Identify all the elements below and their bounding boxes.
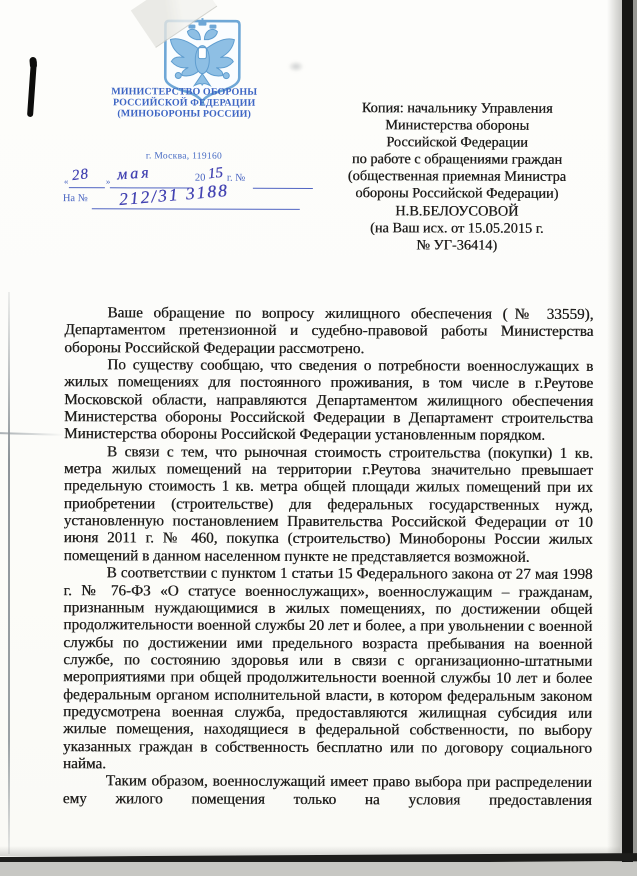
scan-smudge [288,61,304,72]
handwritten-month: мая [116,164,152,184]
recipient-line: (на Ваш исх. от 15.05.2015 г. [321,220,593,238]
body-paragraph-1: Ваше обращение по вопросу жилищного обес… [64,304,593,358]
scan-border-bottom [0,862,637,876]
outgoing-number-blank [253,172,313,189]
scanned-letter-page: МИНИСТЕРСТВО ОБОРОНЫ РОССИЙСКОЙ ФЕДЕРАЦИ… [0,0,637,876]
scan-shadow-right [607,0,623,876]
ministry-line-3: (МИНОБОРОНЫ РОССИИ) [89,109,279,120]
printed-year-suffix: г. № [227,173,245,184]
scan-edge-right [622,0,633,876]
scan-border-right [633,0,637,876]
body-paragraph-5: Таким образом, военнослужащий имеет прав… [63,772,592,809]
recipient-block: Копия: начальнику Управления Министерств… [321,100,594,255]
recipient-line: № УГ-36414) [321,237,593,255]
recipient-line: по работе с обращениями граждан [321,151,593,169]
recipient-name: Н.В.БЕЛОУСОВОЙ [321,203,593,221]
recipient-line: Министерства обороны [321,117,593,135]
scan-edge-left [8,292,10,854]
handwritten-day: 28 [71,166,90,185]
letter-content: МИНИСТЕРСТВО ОБОРОНЫ РОССИЙСКОЙ ФЕДЕРАЦИ… [0,0,637,876]
body-paragraph-2: По существу сообщаю, что сведения о потр… [64,356,593,445]
date-quote-open: « [64,176,69,186]
body-paragraph-4: В соответствии с пунктом 1 статьи 15 Фед… [63,564,593,774]
recipient-line: обороны Российской Федерации) [321,185,593,203]
recipient-line: Копия: начальнику Управления [321,100,593,118]
letterhead-ministry-name: МИНИСТЕРСТВО ОБОРОНЫ РОССИЙСКОЙ ФЕДЕРАЦИ… [89,87,279,120]
letterhead-address: г. Москва, 119160 [89,151,279,162]
incoming-number-label: На № [63,193,88,204]
letter-body: Ваше обращение по вопросу жилищного обес… [63,304,594,809]
recipient-line: (общественная приемная Министра [321,168,593,186]
recipient-line: Российской Федерации [321,134,593,152]
body-paragraph-3: В связи с тем, что рыночная стоимость ст… [64,443,593,566]
